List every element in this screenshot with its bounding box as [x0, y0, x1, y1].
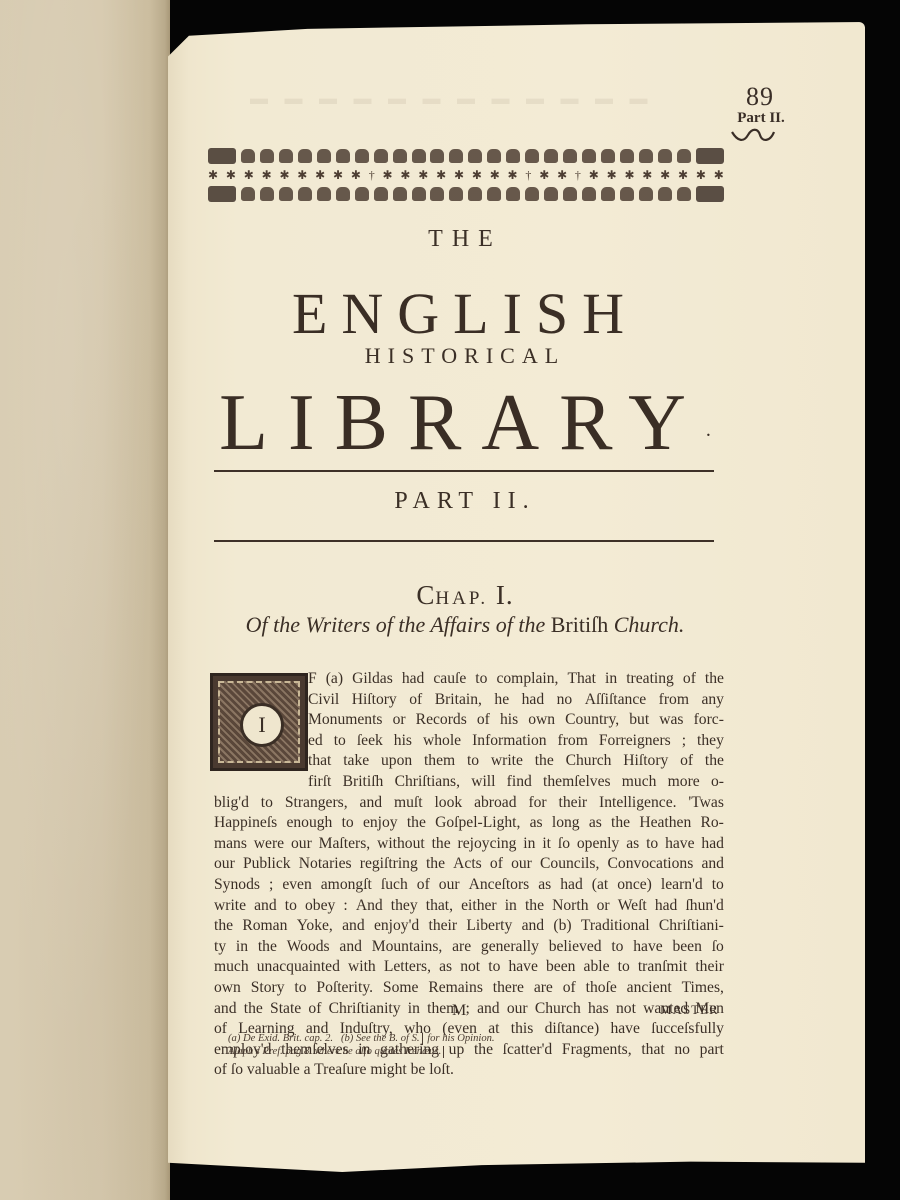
catchword: MASTER: [660, 1002, 719, 1018]
body-line: HappineſsenoughtoenjoytheGoſpel-Light,as…: [214, 813, 724, 834]
ornament-row-top: [208, 147, 724, 165]
swash-ornament-icon: [730, 128, 776, 142]
footnote-a: (a) De Exid. Brit. cap. 2.: [228, 1033, 333, 1044]
chapter-heading: CHAP. I.: [200, 580, 730, 611]
show-through-bleed: ▬ ▬ ▬ ▬ ▬ ▬ ▬ ▬ ▬ ▬ ▬ ▬: [250, 88, 654, 109]
rule-top: [214, 470, 714, 472]
body-line: edtoſeekhiswholeInformationfromForreigne…: [214, 731, 724, 752]
body-line: MonumentsorRecordsofhisownCountry,butwas…: [214, 710, 724, 731]
signature-mark: M: [452, 1002, 466, 1020]
rule-bottom: [214, 540, 714, 542]
footnote-b-line2: Aſaph's Pref. pag 8. where he alſo quote…: [228, 1046, 441, 1057]
body-line: andtheStateofChriſtianityinthem;andourCh…: [214, 999, 724, 1020]
body-line: firſtBritiſhChriſtians,willfindthemſelve…: [214, 772, 724, 793]
chapter-subtitle-roman: Britiſh: [551, 612, 608, 637]
body-line: thattakeuponthemtowritetheChurchHiſtoryo…: [214, 751, 724, 772]
body-line: blig'dtoStrangers,andmuſtlookabroadforth…: [214, 793, 724, 814]
footnote-divider: [422, 1033, 423, 1045]
body-line: ourPublickNotariesregiſtringtheActsofour…: [214, 854, 724, 875]
chapter-subtitle-end: Church.: [614, 612, 685, 637]
body-line: Synods;evenamongſtſuchofourAnceſtorsasha…: [214, 875, 724, 896]
body-line: of ſo valuable a Treaſure might be loſt.: [214, 1060, 724, 1081]
body-line: theRomanYoke,andenjoy'dtheirLibertyand(b…: [214, 916, 724, 937]
body-text: F(a)Gildashadcauſetocomplain,Thatintreat…: [214, 669, 724, 1081]
part-heading: PART II.: [200, 488, 730, 515]
page-number: 89: [740, 82, 780, 112]
facing-page: [0, 0, 170, 1200]
footnote-line-2: Aſaph's Pref. pag 8. where he alſo quote…: [228, 1045, 495, 1058]
body-line: writeandtoobey:Andtheythat,eitherintheNo…: [214, 896, 724, 917]
footnote-b: (b) See the B. of S.: [341, 1033, 420, 1044]
footnote-line-1: (a) De Exid. Brit. cap. 2. (b) See the B…: [228, 1032, 495, 1045]
footnote-divider: [443, 1046, 444, 1058]
title-library-word: LIBRARY: [219, 379, 706, 467]
body-line: tyintheWoodsandMountains,aregenerallybel…: [214, 937, 724, 958]
body-line: CivilHiſtoryofBritain,hehadnoAſſiſtancef…: [214, 690, 724, 711]
title-historical: HISTORICAL: [200, 343, 730, 369]
running-head: Part II.: [726, 110, 796, 127]
title-the: THE: [0, 226, 900, 253]
body-line: ownStorytoPoſterity.SomeRemainsthereareo…: [214, 978, 724, 999]
title-english: ENGLISH: [200, 280, 730, 347]
chapter-prefix-cap: C: [416, 580, 435, 610]
body-line: F(a)Gildashadcauſetocomplain,Thatintreat…: [214, 669, 724, 690]
chapter-subtitle: Of the Writers of the Affairs of the Bri…: [200, 612, 730, 638]
body-line: manswereourMaſters,withouttherejoycingin…: [214, 834, 724, 855]
title-library-mark: .: [706, 419, 711, 441]
chapter-subtitle-italic: Of the Writers of the Affairs of the: [246, 612, 546, 637]
footnotes: (a) De Exid. Brit. cap. 2. (b) See the B…: [228, 1032, 495, 1058]
body-line: muchunacquaintedwithLetters,asnottohaveb…: [214, 957, 724, 978]
chapter-prefix-rest: HAP.: [435, 588, 488, 609]
ornament-row-bottom: [208, 185, 724, 203]
title-library: LIBRARY.: [200, 378, 730, 469]
headpiece-ornament: ✱✱✱✱✱✱✱✱✱†✱✱✱✱✱✱✱✱†✱✱†✱✱✱✱✱✱✱✱: [208, 147, 724, 205]
chapter-number: I.: [496, 580, 514, 610]
footnote-b-cont: for his Opinion.: [427, 1033, 494, 1044]
ornament-row-stars: ✱✱✱✱✱✱✱✱✱†✱✱✱✱✱✱✱✱†✱✱†✱✱✱✱✱✱✱✱: [208, 167, 724, 183]
